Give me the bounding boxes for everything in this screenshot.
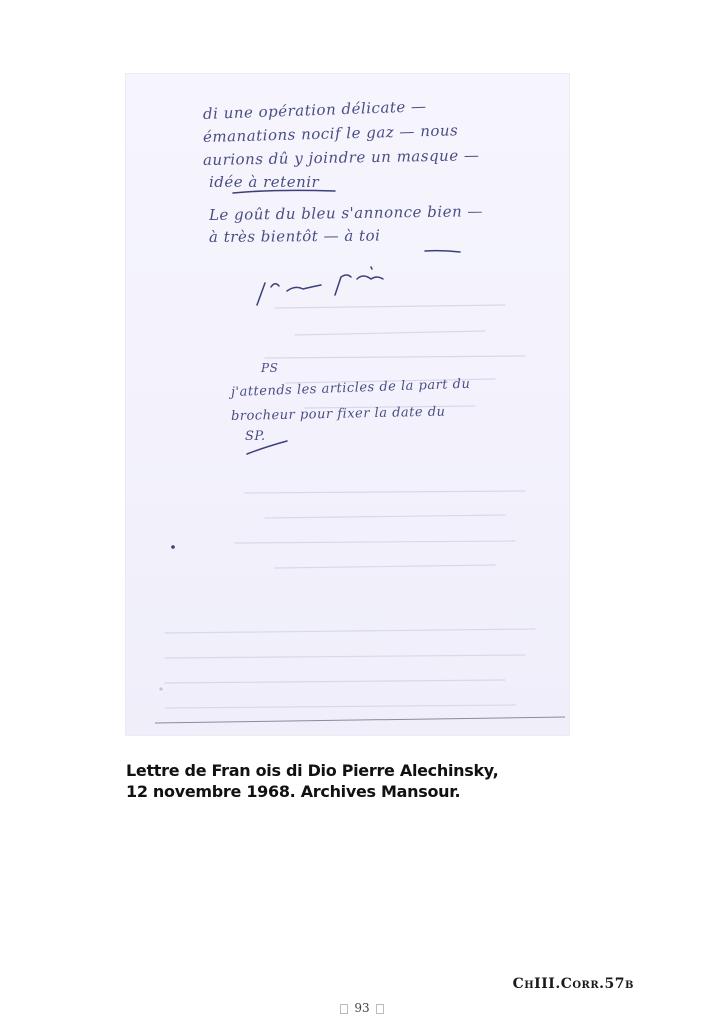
archive-reference: ChIII.Corr.57b <box>513 976 634 992</box>
handwriting-ps: PS <box>261 361 278 375</box>
caption-line-2: 12 novembre 1968. Archives Mansour. <box>126 781 606 802</box>
missing-glyph-icon <box>376 1004 384 1014</box>
handwriting-strokes <box>125 73 570 736</box>
handwriting-line-5: Le goût du bleu s'annonce bien — <box>209 202 483 224</box>
handwriting-line-10: SP. <box>245 429 266 444</box>
handwriting-line-6: à très bientôt — à toi <box>209 227 381 246</box>
handwriting-line-4: idée à retenir <box>209 173 319 191</box>
caption-line-1: Lettre de Fran ois di Dio Pierre Alechin… <box>126 760 606 781</box>
letter-scan-image: di une opération délicate — émanations n… <box>125 73 570 736</box>
page-footer: 93 <box>0 1001 724 1015</box>
missing-glyph-icon <box>340 1004 348 1014</box>
page-number: 93 <box>354 1001 369 1015</box>
figure-caption: Lettre de Fran ois di Dio Pierre Alechin… <box>126 760 606 802</box>
